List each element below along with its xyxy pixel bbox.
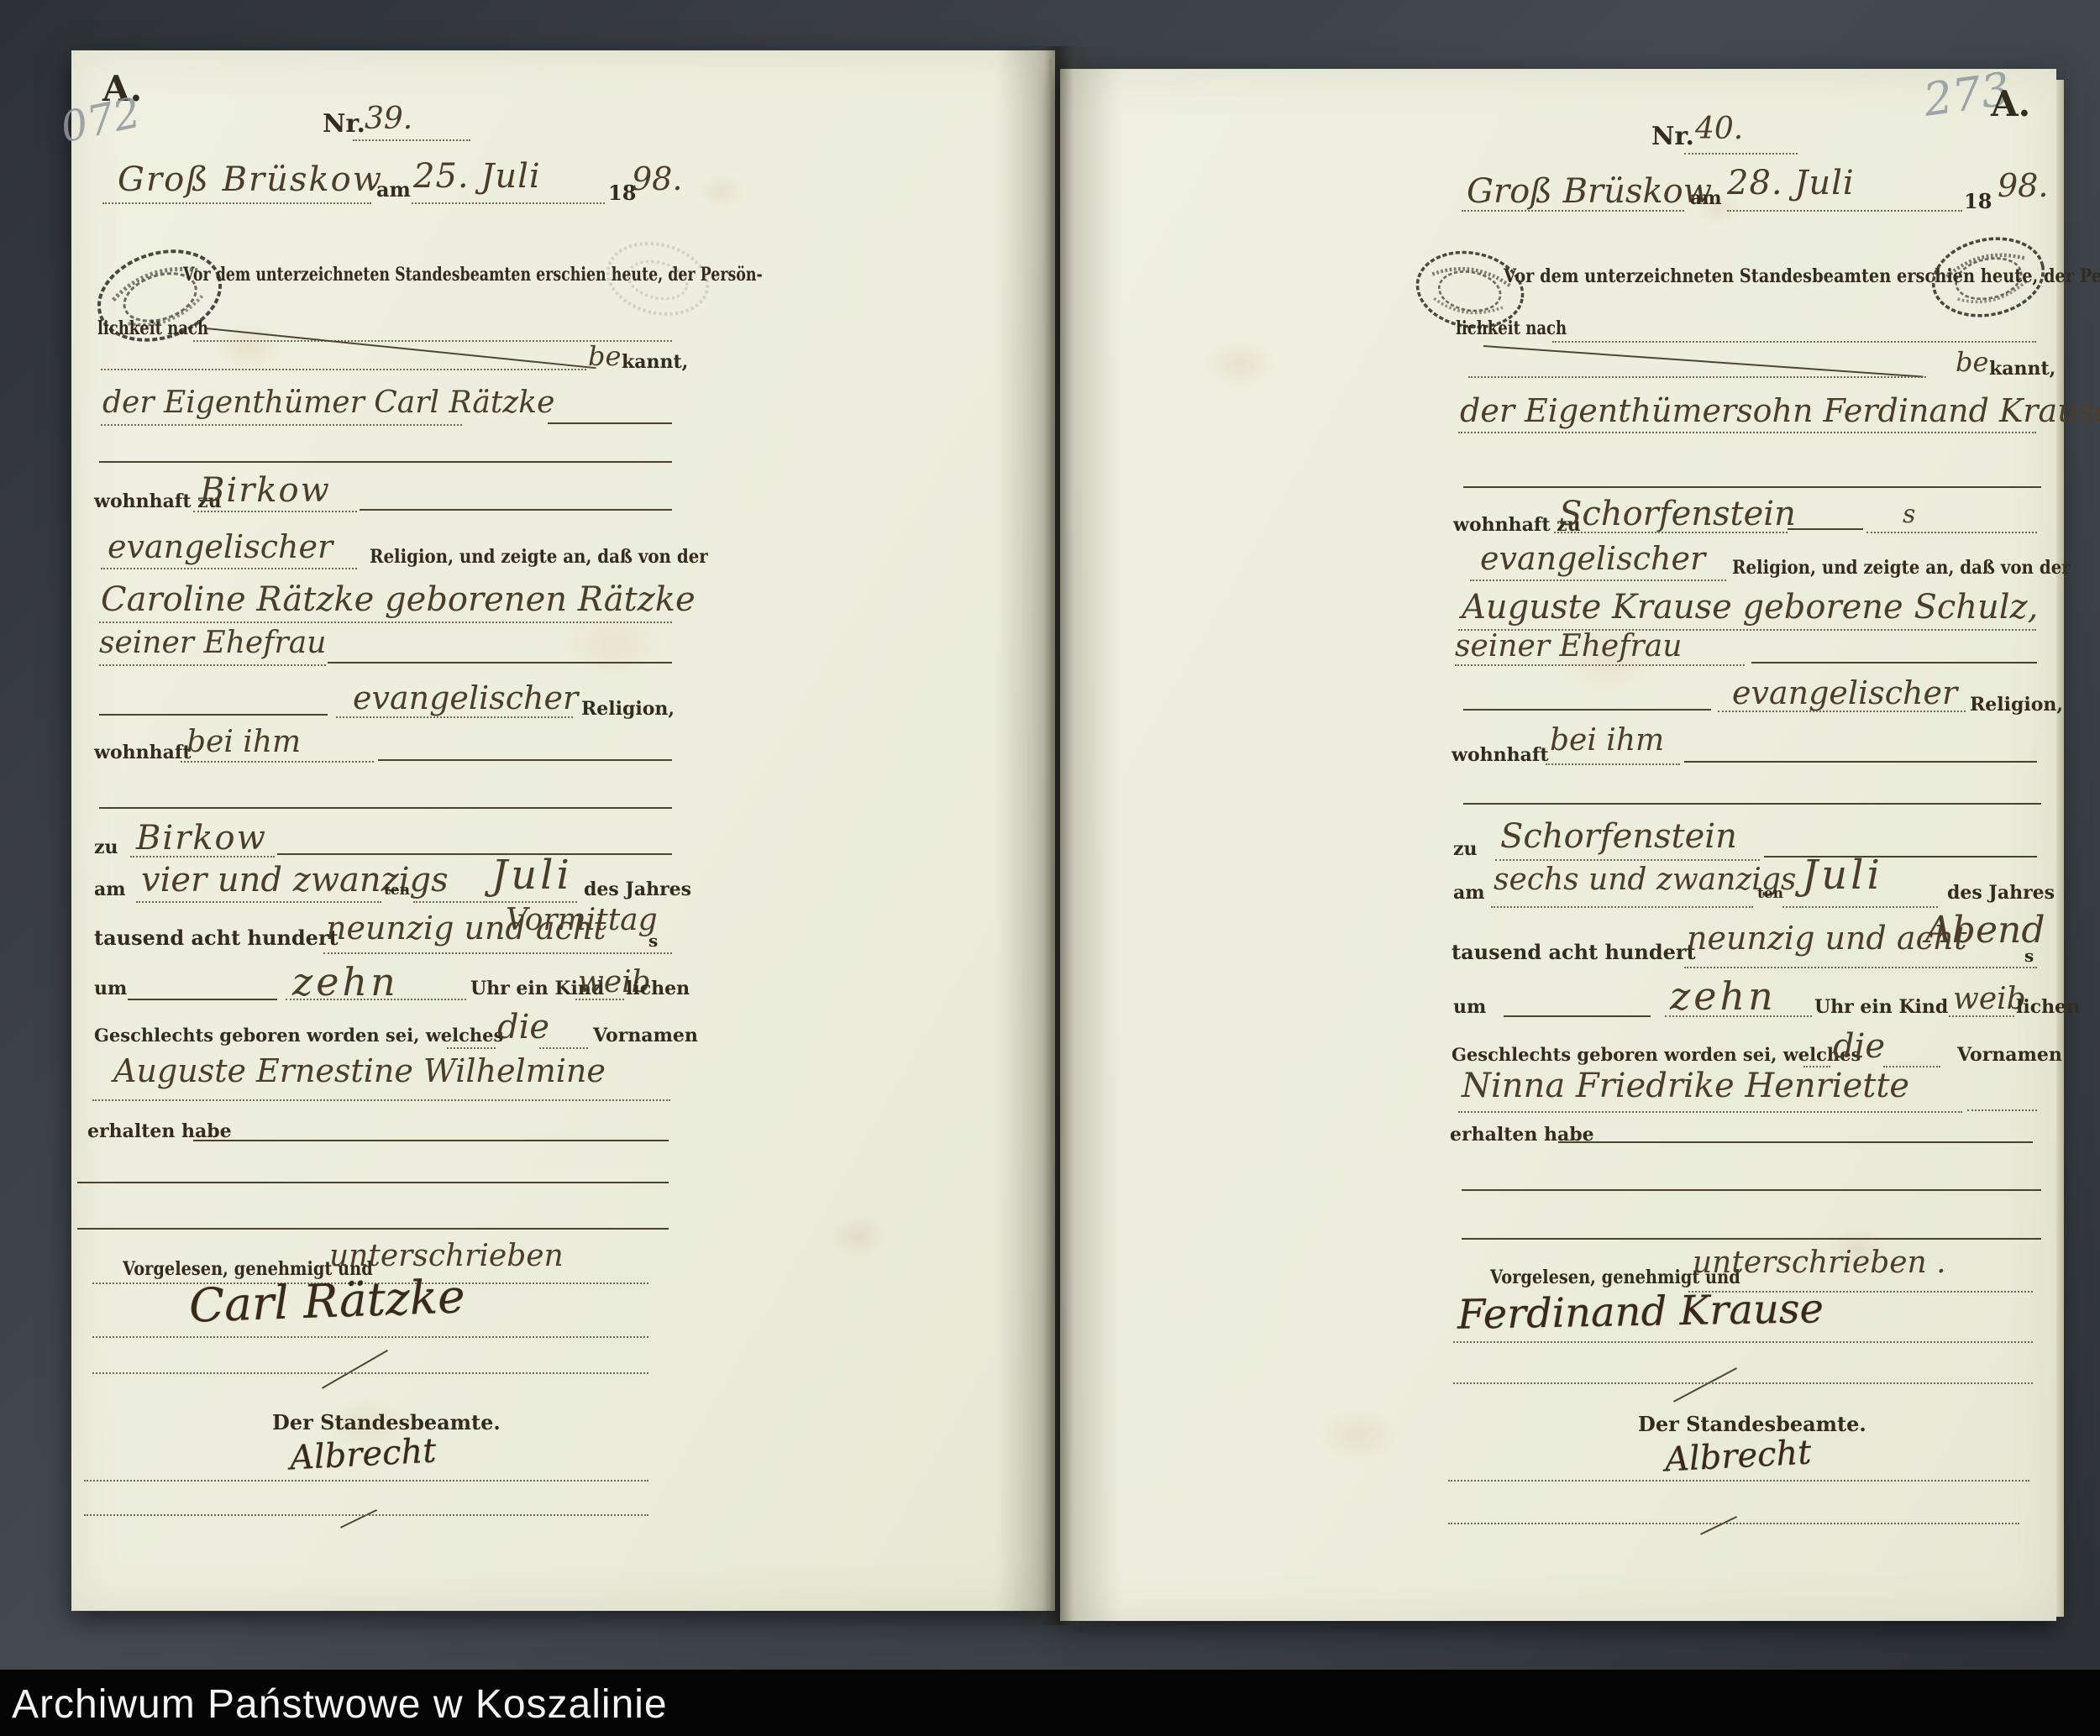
form-line bbox=[77, 1228, 669, 1230]
ehefrau-value: seiner Ehefrau bbox=[99, 628, 326, 658]
form-line bbox=[277, 853, 672, 855]
form-line bbox=[378, 759, 672, 761]
form-line bbox=[539, 1047, 588, 1049]
watermark-bar: Archiwum Państwowe w Koszalinie bbox=[0, 1670, 2100, 1736]
ehefrau-value: seiner Ehefrau bbox=[1455, 632, 1682, 662]
tausend-label: tausend acht hundert bbox=[94, 928, 339, 948]
form-line bbox=[286, 999, 466, 1000]
hour-value: zehn bbox=[1670, 977, 1777, 1015]
declarant-signature: Carl Rätzke bbox=[188, 1273, 465, 1329]
form-line bbox=[101, 369, 586, 370]
die-value: die bbox=[497, 1010, 549, 1044]
form-line bbox=[130, 856, 275, 858]
child-name-value: Ninna Friedrike Henriette bbox=[1462, 1069, 1909, 1103]
intro-printed-line: Vor dem unterzeichneten Standesbeamten e… bbox=[1504, 267, 2100, 286]
zu-label: zu bbox=[1453, 840, 1478, 858]
unterschrieben-value: unterschrieben . bbox=[1693, 1248, 1946, 1278]
religion2-label: Religion, bbox=[1970, 695, 2063, 714]
religion-value: evangelischer bbox=[1480, 543, 1705, 574]
form-line bbox=[1462, 1238, 2041, 1240]
date-value: 25. Juli bbox=[413, 160, 541, 193]
form-line bbox=[1463, 709, 1711, 711]
place-value: Groß Brüskow bbox=[1467, 175, 1712, 208]
form-line bbox=[328, 662, 672, 663]
form-line bbox=[92, 1336, 648, 1338]
form-line bbox=[447, 1047, 496, 1049]
form-line bbox=[92, 1372, 648, 1374]
lichen-label: lichen bbox=[626, 979, 690, 998]
record-number-label: Nr. bbox=[1651, 124, 1694, 149]
registrar-signature: Albrecht bbox=[1664, 1435, 1812, 1476]
form-line bbox=[1491, 906, 1753, 908]
hour-value: zehn bbox=[292, 962, 399, 1001]
wohnhaft-label: wohnhaft bbox=[1452, 746, 1548, 764]
form-line bbox=[181, 761, 374, 763]
um-label: um bbox=[94, 979, 127, 998]
form-line bbox=[1462, 210, 1684, 212]
birth-month-value: Juli bbox=[1802, 855, 1883, 895]
form-line bbox=[1949, 1015, 2014, 1017]
religion2-label: Religion, bbox=[581, 700, 675, 718]
form-line bbox=[1455, 664, 1745, 666]
form-line bbox=[136, 901, 381, 903]
page-edge bbox=[2056, 80, 2064, 1617]
intro-printed-line2: lichkeit nach bbox=[97, 319, 208, 338]
be-handwritten: be bbox=[588, 343, 621, 370]
form-line bbox=[1799, 906, 1938, 908]
archive-watermark: Archiwum Państwowe w Koszalinie bbox=[12, 1681, 668, 1728]
form-line bbox=[84, 1480, 648, 1482]
daytime-value: Vormittag bbox=[506, 905, 658, 936]
registrar-signature: Albrecht bbox=[289, 1434, 437, 1475]
form-line bbox=[1504, 1015, 1651, 1017]
form-line bbox=[1458, 1111, 1962, 1113]
religion2-value: evangelischer bbox=[1732, 677, 1957, 709]
zu-label: zu bbox=[94, 838, 118, 857]
place-value: Groß Brüskow bbox=[118, 163, 383, 197]
form-line bbox=[1462, 1189, 2041, 1191]
form-line bbox=[1470, 580, 1726, 581]
birth-month-value: Juli bbox=[491, 855, 573, 895]
tausend-label: tausend acht hundert bbox=[1452, 942, 1696, 962]
form-line bbox=[102, 202, 371, 204]
form-line bbox=[99, 664, 326, 666]
vornamen-label: Vornamen bbox=[1957, 1046, 2062, 1064]
ten-label: ten bbox=[384, 884, 410, 898]
form-line bbox=[1448, 1523, 2019, 1524]
form-line bbox=[99, 714, 328, 716]
standesbeamte-label: Der Standesbeamte. bbox=[1638, 1414, 1866, 1434]
wohnhaft-value: bei ihm bbox=[186, 727, 301, 758]
form-line bbox=[323, 952, 672, 954]
form-line bbox=[1788, 528, 1863, 530]
form-line bbox=[1495, 859, 1760, 861]
religion-printed-label: Religion, und zeigte an, daß von der bbox=[1732, 559, 2071, 577]
mother-name-value: Caroline Rätzke geborenen Rätzke bbox=[101, 583, 696, 616]
kannt-label: kannt, bbox=[622, 353, 688, 371]
vornamen-label: Vornamen bbox=[593, 1026, 698, 1045]
ten-label: ten bbox=[1757, 887, 1783, 901]
religion-value: evangelischer bbox=[108, 531, 333, 563]
wohnhaft-value: bei ihm bbox=[1550, 726, 1664, 756]
uhr-kind-label: Uhr ein Kind bbox=[1814, 998, 1948, 1016]
record-number-value: 40. bbox=[1695, 114, 1743, 144]
birthplace-value: Schorfenstein bbox=[1500, 820, 1737, 853]
form-line bbox=[360, 509, 672, 511]
form-line bbox=[1468, 376, 1926, 378]
page-edge bbox=[1048, 59, 1052, 1608]
form-line bbox=[353, 139, 470, 141]
des-jahres-label: des Jahres bbox=[584, 880, 691, 899]
form-line bbox=[1448, 1480, 2029, 1482]
form-rule bbox=[1463, 486, 2041, 488]
form-line bbox=[77, 1182, 669, 1183]
form-line bbox=[1554, 532, 1788, 533]
year-value: 98. bbox=[632, 163, 682, 195]
form-line bbox=[1684, 761, 2037, 763]
form-line bbox=[413, 901, 487, 903]
mother-name-value: Auguste Krause geborene Schulz, bbox=[1462, 590, 2038, 624]
form-line bbox=[1718, 711, 1966, 712]
form-line bbox=[575, 999, 624, 1000]
residence-value: Schorfenstein bbox=[1559, 497, 1796, 531]
standesbeamte-label: Der Standesbeamte. bbox=[272, 1413, 501, 1433]
form-line bbox=[1967, 1109, 2037, 1111]
form-line bbox=[1684, 967, 2037, 968]
declarant-value: der Eigenthümer Carl Rätzke bbox=[102, 388, 554, 418]
form-line bbox=[1558, 1141, 2033, 1143]
form-line bbox=[1782, 906, 1801, 908]
am2-label: am bbox=[94, 880, 126, 899]
year-printed: 18 bbox=[1964, 191, 1992, 212]
form-line bbox=[101, 424, 462, 426]
kannt-label: kannt, bbox=[1989, 359, 2055, 378]
intro-printed-line2: lichkeit nach bbox=[1456, 319, 1567, 338]
form-line bbox=[1665, 1015, 1812, 1017]
birth-day-value: sechs und zwanzigs bbox=[1494, 865, 1796, 895]
record-number-label: Nr. bbox=[323, 112, 365, 137]
religion-printed-label: Religion, und zeigte an, daß von der bbox=[370, 548, 708, 566]
form-line bbox=[84, 1514, 648, 1516]
geschlechts-label: Geschlechts geboren worden sei, welches bbox=[94, 1026, 503, 1044]
form-line bbox=[336, 716, 573, 718]
record-number-value: 39. bbox=[365, 104, 412, 134]
intro-printed-line: Vor dem unterzeichneten Standesbeamten e… bbox=[183, 265, 763, 284]
geschlechts-label: Geschlechts geboren worden sei, welches bbox=[1452, 1046, 1861, 1063]
form-line bbox=[193, 1140, 669, 1141]
form-line bbox=[1684, 153, 1798, 155]
archival-scan: A. 072 Nr. 39. Groß Brüskow am 25. Juli … bbox=[0, 0, 2100, 1736]
form-rule bbox=[1463, 803, 2041, 805]
religion2-value: evangelischer bbox=[353, 682, 578, 714]
am-label: am bbox=[376, 180, 411, 200]
am2-label: am bbox=[1453, 884, 1485, 902]
form-line bbox=[548, 422, 672, 424]
lichen-label: lichen bbox=[2016, 998, 2080, 1016]
form-line bbox=[1727, 210, 1962, 212]
year-value: 98. bbox=[1998, 170, 2048, 202]
form-line bbox=[1751, 662, 2037, 663]
child-name-value: Auguste Ernestine Wilhelmine bbox=[113, 1055, 606, 1087]
form-rule bbox=[99, 807, 672, 809]
wohnhaft-label: wohnhaft bbox=[94, 743, 191, 762]
stray-mark: s bbox=[1903, 502, 1915, 527]
form-line bbox=[412, 202, 605, 204]
erhalten-label: erhalten habe bbox=[87, 1122, 232, 1141]
form-line bbox=[1546, 763, 1680, 765]
s-label: s bbox=[2024, 947, 2034, 964]
date-value: 28. Juli bbox=[1727, 166, 1855, 200]
gender-value: weib bbox=[1953, 984, 2026, 1015]
form-rule bbox=[99, 461, 672, 463]
daytime-value: Abend bbox=[1925, 912, 2045, 949]
residence-value: Birkow bbox=[200, 474, 331, 507]
form-line bbox=[1866, 532, 2037, 533]
um-label: um bbox=[1453, 998, 1486, 1016]
corner-letter: A. bbox=[1991, 87, 2030, 122]
die-value: die bbox=[1833, 1030, 1885, 1063]
birthplace-value: Birkow bbox=[136, 821, 267, 855]
form-line bbox=[1453, 1382, 2033, 1384]
form-line bbox=[1453, 1341, 2033, 1343]
form-line bbox=[1552, 341, 2036, 343]
form-line bbox=[193, 511, 357, 512]
form-line bbox=[128, 999, 277, 1000]
am-label: am bbox=[1690, 189, 1722, 207]
s-label: s bbox=[648, 932, 658, 949]
declarant-signature: Ferdinand Krause bbox=[1457, 1288, 1824, 1335]
be-handwritten: be bbox=[1956, 349, 1988, 375]
form-line bbox=[1458, 432, 2036, 433]
form-line bbox=[101, 568, 357, 569]
unterschrieben-value: unterschrieben bbox=[329, 1241, 564, 1272]
form-line bbox=[99, 621, 672, 623]
declarant-value: der Eigenthümersohn Ferdinand Krause bbox=[1460, 395, 2100, 427]
form-line bbox=[92, 1099, 670, 1101]
des-jahres-label: des Jahres bbox=[1947, 884, 2055, 902]
